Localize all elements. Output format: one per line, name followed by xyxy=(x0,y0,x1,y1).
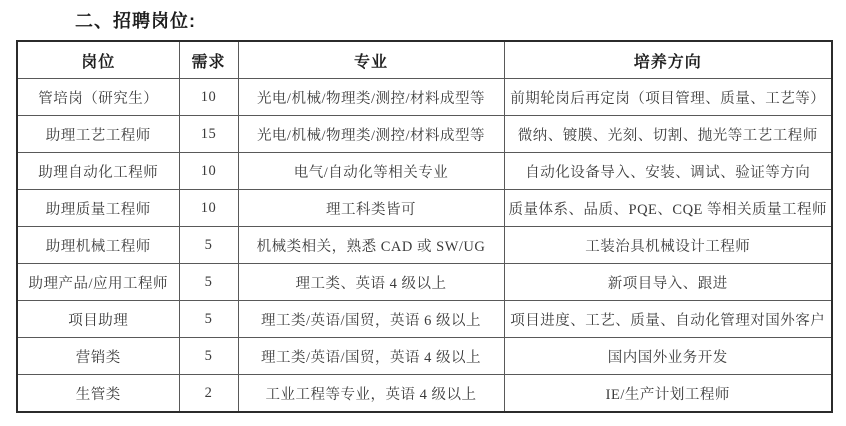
cell-direction: 微纳、镀膜、光刻、切割、抛光等工艺工程师 xyxy=(504,116,832,153)
table-body: 管培岗（研究生）10光电/机械/物理类/测控/材料成型等前期轮岗后再定岗（项目管… xyxy=(17,79,832,413)
cell-major: 电气/自动化等相关专业 xyxy=(238,153,504,190)
cell-position: 助理工艺工程师 xyxy=(17,116,179,153)
cell-major: 光电/机械/物理类/测控/材料成型等 xyxy=(238,116,504,153)
cell-demand: 5 xyxy=(179,338,238,375)
table-row: 管培岗（研究生）10光电/机械/物理类/测控/材料成型等前期轮岗后再定岗（项目管… xyxy=(17,79,832,116)
cell-direction: 国内国外业务开发 xyxy=(504,338,832,375)
recruitment-table: 岗位需求专业培养方向 管培岗（研究生）10光电/机械/物理类/测控/材料成型等前… xyxy=(16,40,833,413)
cell-position: 项目助理 xyxy=(17,301,179,338)
column-header-demand: 需求 xyxy=(179,41,238,79)
cell-position: 助理自动化工程师 xyxy=(17,153,179,190)
table-row: 助理工艺工程师15光电/机械/物理类/测控/材料成型等微纳、镀膜、光刻、切割、抛… xyxy=(17,116,832,153)
cell-direction: 新项目导入、跟进 xyxy=(504,264,832,301)
cell-demand: 10 xyxy=(179,153,238,190)
table-row: 助理质量工程师10理工科类皆可质量体系、品质、PQE、CQE 等相关质量工程师 xyxy=(17,190,832,227)
cell-position: 营销类 xyxy=(17,338,179,375)
table-row: 项目助理5理工类/英语/国贸，英语 6 级以上项目进度、工艺、质量、自动化管理对… xyxy=(17,301,832,338)
table-row: 营销类5理工类/英语/国贸，英语 4 级以上国内国外业务开发 xyxy=(17,338,832,375)
cell-demand: 5 xyxy=(179,301,238,338)
cell-major: 理工科类皆可 xyxy=(238,190,504,227)
cell-position: 管培岗（研究生） xyxy=(17,79,179,116)
cell-direction: 工装治具机械设计工程师 xyxy=(504,227,832,264)
page-title: 二、招聘岗位: xyxy=(75,7,196,33)
cell-demand: 5 xyxy=(179,227,238,264)
table-row: 生管类2工业工程等专业，英语 4 级以上IE/生产计划工程师 xyxy=(17,375,832,413)
cell-position: 助理质量工程师 xyxy=(17,190,179,227)
cell-major: 光电/机械/物理类/测控/材料成型等 xyxy=(238,79,504,116)
cell-major: 工业工程等专业，英语 4 级以上 xyxy=(238,375,504,413)
cell-position: 助理产品/应用工程师 xyxy=(17,264,179,301)
cell-major: 理工类、英语 4 级以上 xyxy=(238,264,504,301)
cell-demand: 15 xyxy=(179,116,238,153)
column-header-position: 岗位 xyxy=(17,41,179,79)
table-header-row: 岗位需求专业培养方向 xyxy=(17,41,832,79)
table-row: 助理机械工程师5机械类相关，熟悉 CAD 或 SW/UG工装治具机械设计工程师 xyxy=(17,227,832,264)
table-row: 助理产品/应用工程师5理工类、英语 4 级以上新项目导入、跟进 xyxy=(17,264,832,301)
cell-major: 机械类相关，熟悉 CAD 或 SW/UG xyxy=(238,227,504,264)
cell-direction: 项目进度、工艺、质量、自动化管理对国外客户 xyxy=(504,301,832,338)
cell-demand: 10 xyxy=(179,190,238,227)
table-row: 助理自动化工程师10电气/自动化等相关专业自动化设备导入、安装、调试、验证等方向 xyxy=(17,153,832,190)
cell-position: 助理机械工程师 xyxy=(17,227,179,264)
cell-major: 理工类/英语/国贸，英语 4 级以上 xyxy=(238,338,504,375)
cell-direction: 自动化设备导入、安装、调试、验证等方向 xyxy=(504,153,832,190)
cell-demand: 10 xyxy=(179,79,238,116)
column-header-major: 专业 xyxy=(238,41,504,79)
cell-direction: 质量体系、品质、PQE、CQE 等相关质量工程师 xyxy=(504,190,832,227)
column-header-direction: 培养方向 xyxy=(504,41,832,79)
cell-direction: IE/生产计划工程师 xyxy=(504,375,832,413)
cell-direction: 前期轮岗后再定岗（项目管理、质量、工艺等） xyxy=(504,79,832,116)
cell-major: 理工类/英语/国贸，英语 6 级以上 xyxy=(238,301,504,338)
cell-demand: 5 xyxy=(179,264,238,301)
cell-demand: 2 xyxy=(179,375,238,413)
cell-position: 生管类 xyxy=(17,375,179,413)
